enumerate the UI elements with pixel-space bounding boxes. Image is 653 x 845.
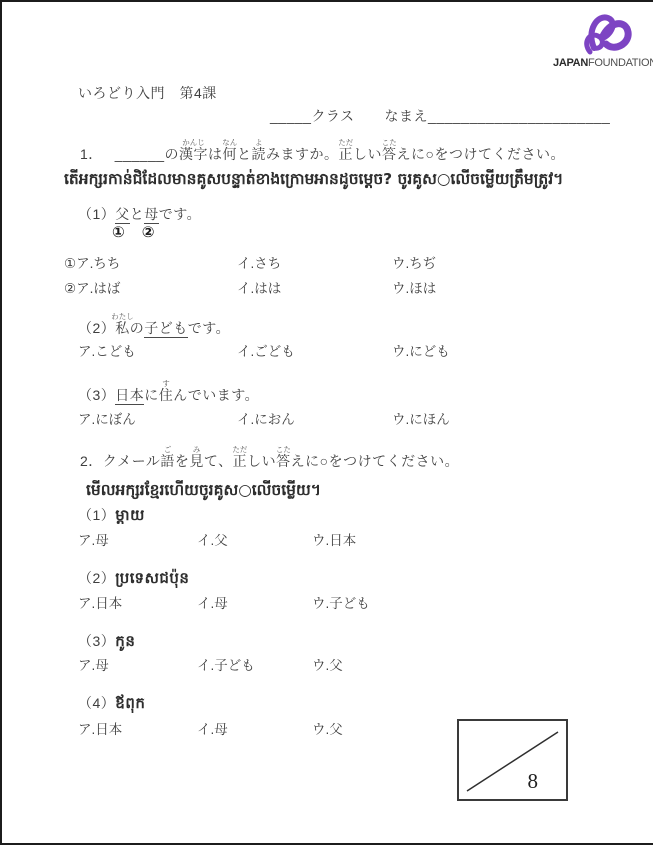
q1-text-seg: は — [208, 146, 223, 162]
worksheet-title: いろどり入門 第4課 — [78, 83, 217, 103]
option-u: ウ.日本 — [312, 529, 356, 549]
option-u: ウ.父 — [312, 654, 343, 674]
option-i: イ.さち — [237, 252, 392, 272]
question1-number: 1． — [80, 146, 103, 162]
q1-item2-mid: の — [130, 320, 145, 336]
option-i: イ.母 — [197, 592, 312, 612]
q1-item2-options-row: ア.こどもイ.ごどもウ.にども — [78, 340, 450, 360]
q2-text-seg: えに○をつけてください。 — [291, 453, 459, 469]
option-row-number: ① — [64, 256, 76, 271]
option-a: ア.日本 — [78, 718, 197, 738]
q1-item3-sumu-with-furigana: 住す — [159, 387, 174, 403]
japan-foundation-logo-icon — [580, 10, 632, 61]
option-i: イ.はは — [237, 277, 392, 297]
option-a: ア.日本 — [78, 592, 197, 612]
q2-item4-word-line: （4）ឪពុក — [78, 693, 145, 716]
option-a: ア.はば — [76, 281, 120, 296]
q2-item1-khmer-word: ម្ដាយ — [115, 506, 145, 524]
q1-item1-mid: と — [130, 206, 145, 222]
q2-item4-options-row: ア.日本イ.母ウ.父 — [78, 718, 343, 738]
q1-item3-tail: んでいます。 — [173, 387, 259, 403]
option-u: ウ.ちぢ — [392, 252, 436, 272]
q1-item3-sentence: （3）日本に住すんでいます。 — [78, 379, 259, 405]
class-label: クラス — [311, 108, 354, 124]
q2-item1-label: （1） — [78, 507, 115, 523]
name-label: なまえ — [385, 108, 429, 124]
option-a: ア.母 — [78, 654, 197, 674]
option-u: ウ.にども — [392, 340, 450, 360]
q1-item3-word-underlined: 日本 — [115, 387, 144, 405]
score-diagonal-line — [459, 721, 566, 799]
q1-yomu-with-furigana: 読よ — [252, 146, 267, 162]
q2-go-with-furigana: 語ご — [160, 453, 175, 469]
brand-name-japan: JAPAN — [553, 57, 588, 69]
q2-item2-khmer-word: ប្រទេសជប៉ុន — [115, 569, 189, 587]
score-box: 8 — [457, 719, 568, 801]
question1-blank: ______ — [115, 146, 165, 162]
q1-text-seg: と — [237, 146, 252, 162]
score-total-points: 8 — [528, 769, 539, 794]
q2-item3-options-row: ア.母イ.子どもウ.父 — [78, 654, 343, 674]
q2-item3-khmer-word: កូន — [115, 632, 135, 650]
brand-name-foundation: FOUNDATION — [588, 57, 653, 69]
q1-item1-label: （1） — [78, 206, 115, 222]
q1-tadashii-with-furigana: 正ただ — [339, 146, 354, 162]
option-cell: ②ア.はば — [64, 277, 237, 297]
worksheet-page: JAPANFOUNDATION いろどり入門 第4課 _____クラスなまえ__… — [0, 0, 653, 845]
q2-item1-word-line: （1）ម្ដាយ — [78, 505, 145, 528]
q1-item1-word1-underlined: 父 — [115, 206, 130, 224]
japan-foundation-wordmark: JAPANFOUNDATION — [553, 57, 653, 69]
option-u: ウ.子ども — [312, 592, 370, 612]
q2-kotae-with-furigana: 答こた — [276, 453, 291, 469]
q2-item2-label: （2） — [78, 570, 115, 586]
q1-text-seg: の — [165, 146, 180, 162]
q1-item1-word2-underlined: 母 — [144, 206, 159, 224]
q2-item3-label: （3） — [78, 633, 115, 649]
q1-text-seg: みますか。 — [266, 146, 339, 162]
q1-item2-label: （2） — [78, 320, 115, 336]
q1-item2-tail: です。 — [188, 320, 230, 336]
question2-instruction: 2．クメール語ごを見みて、正ただしい答こたえに○をつけてください。 — [80, 445, 459, 471]
q1-item3-options-row: ア.にぼんイ.におんウ.にほん — [78, 408, 450, 428]
q1-item2-sentence: （2）私わたしの子どもです。 — [78, 312, 230, 338]
q2-item1-options-row: ア.母イ.父ウ.日本 — [78, 529, 356, 549]
q1-text-seg: しい — [353, 146, 382, 162]
question1-instruction: 1．______の漢字かんじは何なんと読よみますか。正ただしい答こたえに○をつけ… — [80, 138, 565, 164]
option-i: イ.父 — [197, 529, 312, 549]
q2-tadashii-with-furigana: 正ただ — [233, 453, 248, 469]
option-i: イ.におん — [237, 408, 392, 428]
name-blank-line: ______________________ — [428, 108, 610, 124]
q2-text-seg: を — [175, 453, 190, 469]
q2-item4-label: （4） — [78, 695, 115, 711]
q1-item1-sentence: （1）父と母です。 — [78, 204, 201, 224]
option-a: ア.ちち — [76, 256, 120, 271]
q1-text-seg: えに○をつけてください。 — [397, 146, 565, 162]
q1-item3-label: （3） — [78, 387, 115, 403]
question2-khmer-instruction: មើលអក្សរខ្មែរហើយចូរគូស○លើចម្លើយ។ — [86, 480, 321, 503]
q2-item3-word-line: （3）កូន — [78, 631, 135, 654]
q1-item2-watashi-with-furigana: 私わたし — [115, 320, 130, 336]
option-a: ア.こども — [78, 340, 237, 360]
option-i: イ.ごども — [237, 340, 392, 360]
q1-nan-with-furigana: 何なん — [223, 146, 238, 162]
q2-item2-options-row: ア.日本イ.母ウ.子ども — [78, 592, 370, 612]
option-cell: ①ア.ちち — [64, 252, 237, 272]
q1-kanji-with-furigana: 漢字かんじ — [179, 146, 208, 162]
q2-text-seg: て、 — [204, 453, 233, 469]
question2-number: 2． — [80, 453, 103, 469]
q1-item2-word-underlined: 子ども — [144, 320, 188, 338]
option-u: ウ.父 — [312, 718, 343, 738]
q2-text-seg: しい — [247, 453, 276, 469]
option-u: ウ.ほは — [392, 277, 436, 297]
q2-text-seg: クメール — [103, 453, 161, 469]
option-row-number: ② — [64, 281, 76, 296]
option-i: イ.子ども — [197, 654, 312, 674]
option-u: ウ.にほん — [392, 408, 450, 428]
q1-kotae-with-furigana: 答こた — [382, 146, 397, 162]
option-a: ア.母 — [78, 529, 197, 549]
option-i: イ.母 — [197, 718, 312, 738]
q2-miru-with-furigana: 見み — [189, 453, 204, 469]
marker-circled-1: ① — [112, 224, 125, 241]
class-blank-line: _____ — [270, 108, 311, 124]
class-name-line: _____クラスなまえ______________________ — [270, 106, 610, 126]
q2-item2-word-line: （2）ប្រទេសជប៉ុន — [78, 568, 189, 591]
q1-item1-markers: ①② — [112, 223, 154, 241]
q1-item1-options-row2: ②ア.はばイ.ははウ.ほは — [64, 277, 436, 297]
question1-khmer-instruction: តើអក្សរកាន់ជិដែលមានគូសបន្ទាត់ខាងក្រោមអាន… — [64, 169, 563, 192]
q1-item1-options-row1: ①ア.ちちイ.さちウ.ちぢ — [64, 252, 436, 272]
q1-item1-tail: です。 — [159, 206, 201, 222]
marker-circled-2: ② — [142, 224, 155, 241]
option-a: ア.にぼん — [78, 408, 237, 428]
q1-item3-mid: に — [144, 387, 159, 403]
q2-item4-khmer-word: ឪពុក — [115, 694, 145, 712]
